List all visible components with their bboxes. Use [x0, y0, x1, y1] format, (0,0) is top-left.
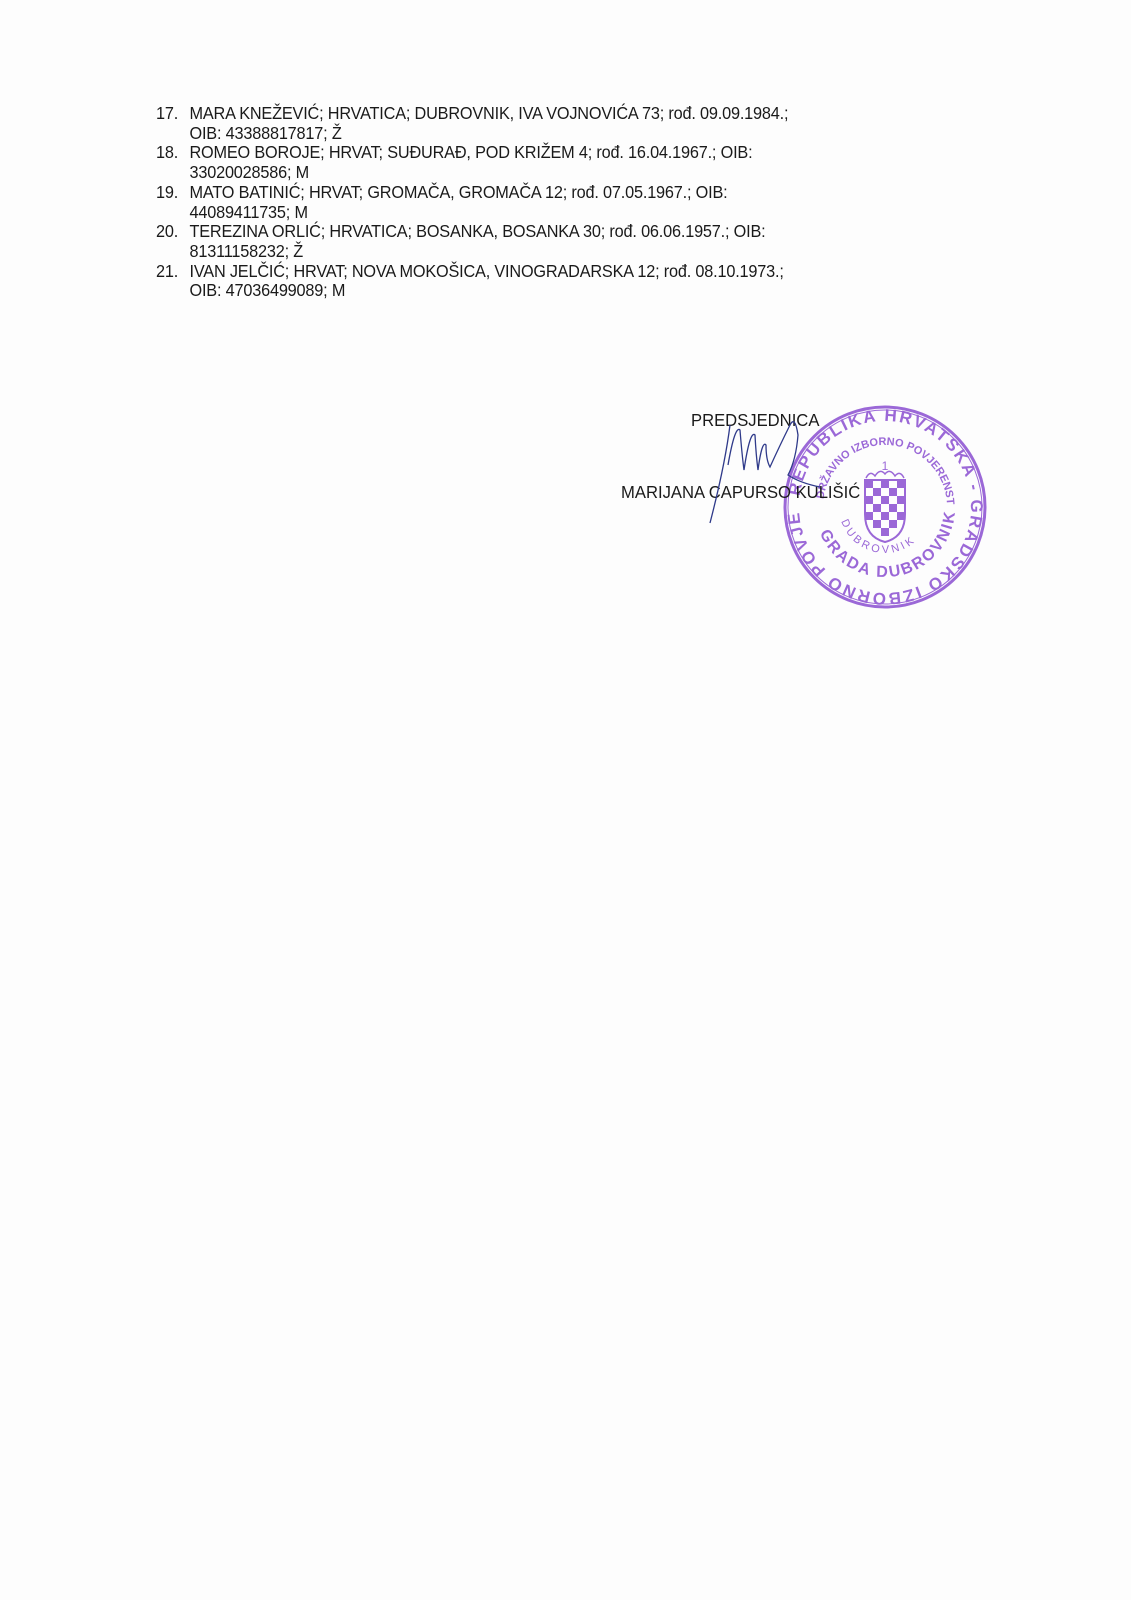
signature-block: REPUBLIKA HRVATSKA - GRADSKO IZBORNO POV…	[0, 0, 1131, 700]
stamp-number: 1	[882, 459, 889, 473]
handwritten-signature	[700, 405, 840, 535]
document-page: 17. MARA KNEŽEVIĆ; HRVATICA; DUBROVNIK, …	[0, 0, 1131, 1600]
coat-of-arms-icon	[865, 471, 905, 542]
